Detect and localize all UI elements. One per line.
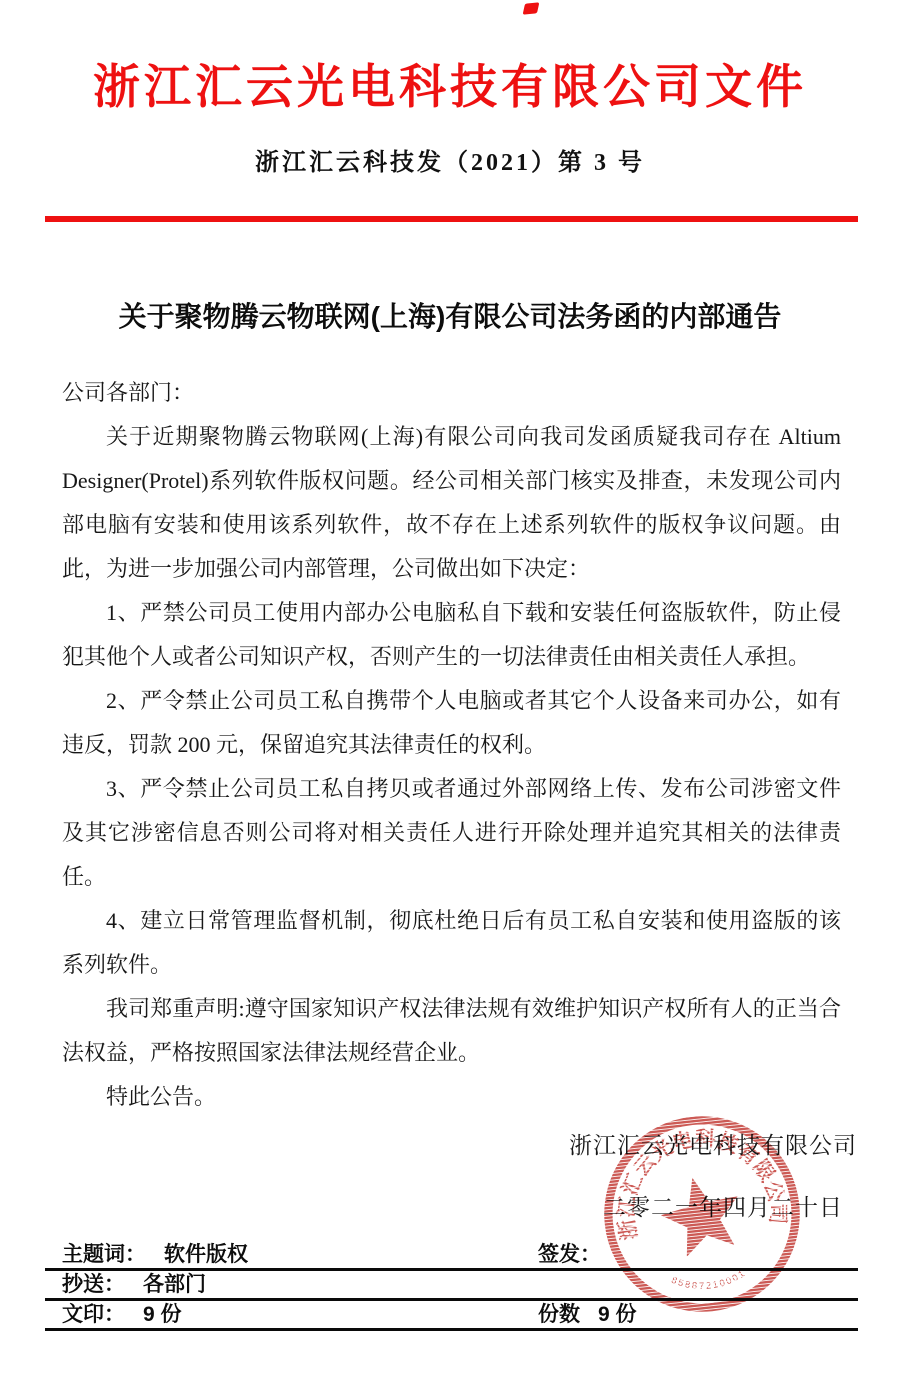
salutation: 公司各部门： — [62, 371, 841, 415]
cc-value: 各部门 — [143, 1273, 206, 1296]
scan-artifact-mark — [523, 2, 540, 14]
document-body: 公司各部门： 关于近期聚物腾云物联网(上海)有限公司向我司发函质疑我司存在 Al… — [62, 371, 841, 1119]
paragraph-item-2: 2、严令禁止公司员工私自携带个人电脑或者其它个人设备来司办公，如有违反，罚款 2… — [62, 679, 841, 767]
signature-company: 浙江汇云光电科技有限公司 — [569, 1127, 857, 1160]
signature-date: 二零二一年四月二十日 — [603, 1189, 843, 1222]
footer-copies-cell: 份数9 份 — [538, 1302, 637, 1328]
footer-table: 主题词：软件版权 签发： 抄送：各部门 文印：9 份 份数9 份 — [45, 1242, 858, 1332]
subject-value: 软件版权 — [164, 1243, 248, 1266]
document-page: 浙江汇云光电科技有限公司文件 浙江汇云科技发（2021）第 3 号 关于聚物腾云… — [0, 0, 900, 1394]
subject-label: 主题词： — [62, 1243, 146, 1266]
copies-value: 9 份 — [598, 1303, 637, 1326]
footer-cc-cell: 抄送：各部门 — [62, 1272, 206, 1298]
red-divider-rule — [45, 216, 858, 222]
cc-label: 抄送： — [62, 1273, 125, 1296]
paragraph-closing: 特此公告。 — [62, 1075, 841, 1119]
copies-label: 份数 — [538, 1303, 580, 1326]
footer-subject-cell: 主题词：软件版权 — [62, 1242, 248, 1268]
paragraph-item-4: 4、建立日常管理监督机制，彻底杜绝日后有员工私自安装和使用盗版的该系列软件。 — [62, 899, 841, 987]
print-value: 9 份 — [143, 1303, 182, 1326]
footer-row-subject: 主题词：软件版权 签发： — [45, 1242, 858, 1271]
page-title: 关于聚物腾云物联网(上海)有限公司法务函的内部通告 — [0, 295, 900, 335]
footer-signer-cell: 签发： — [538, 1242, 619, 1268]
paragraph-declaration: 我司郑重声明:遵守国家知识产权法律法规有效维护知识产权所有人的正当合法权益，严格… — [62, 987, 841, 1075]
footer-row-cc: 抄送：各部门 — [45, 1272, 858, 1301]
org-title: 浙江汇云光电科技有限公司文件 — [0, 50, 900, 117]
paragraph-item-1: 1、严禁公司员工使用内部办公电脑私自下载和安装任何盗版软件，防止侵犯其他个人或者… — [62, 591, 841, 679]
paragraph-intro: 关于近期聚物腾云物联网(上海)有限公司向我司发函质疑我司存在 Altium De… — [62, 415, 841, 591]
print-label: 文印： — [62, 1303, 125, 1326]
footer-print-cell: 文印：9 份 — [62, 1302, 182, 1328]
footer-row-print: 文印：9 份 份数9 份 — [45, 1302, 858, 1331]
signer-label: 签发： — [538, 1243, 601, 1266]
doc-number: 浙江汇云科技发（2021）第 3 号 — [0, 142, 900, 177]
paragraph-item-3: 3、严令禁止公司员工私自拷贝或者通过外部网络上传、发布公司涉密文件及其它涉密信息… — [62, 767, 841, 899]
